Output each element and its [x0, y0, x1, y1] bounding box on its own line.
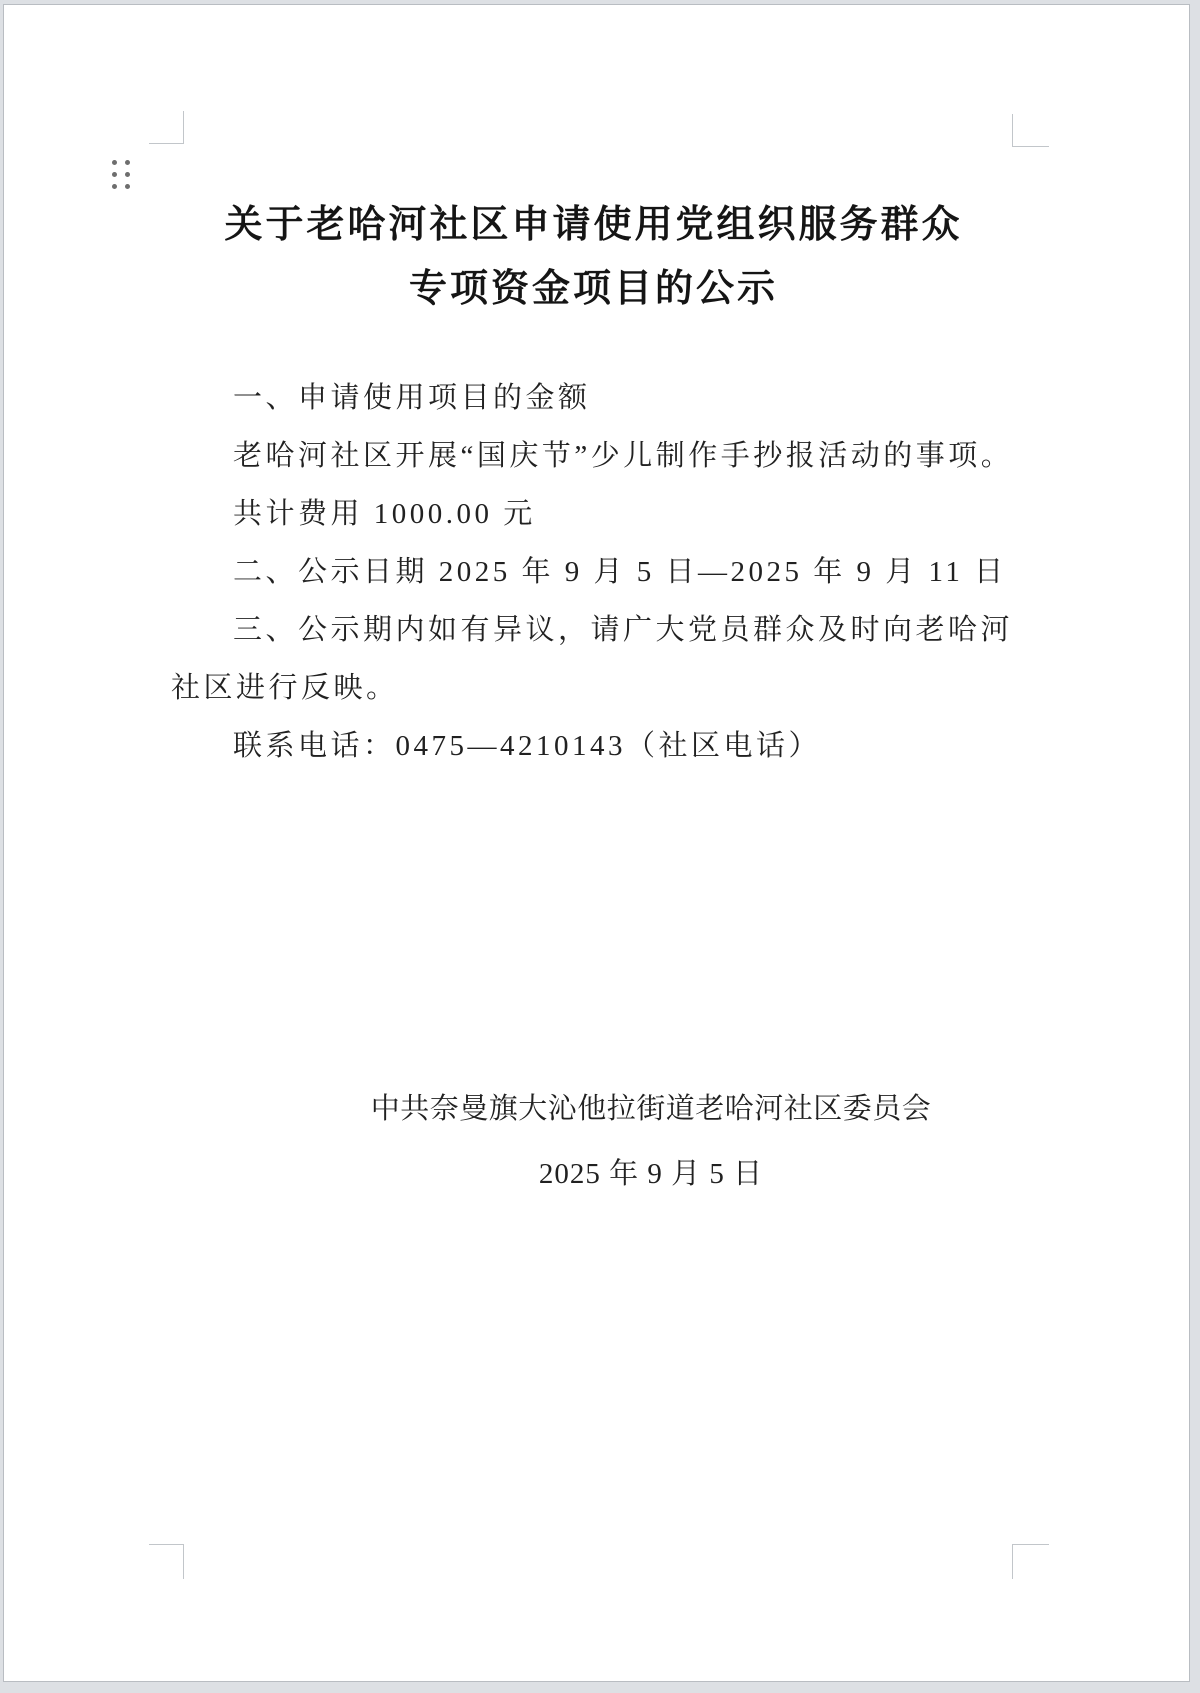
body-line-project-description: 老哈河社区开展“国庆节”少儿制作手抄报活动的事项。 [171, 427, 1019, 485]
document-viewport: 关于老哈河社区申请使用党组织服务群众 专项资金项目的公示 一、申请使用项目的金额… [0, 0, 1200, 1693]
body-line-amount-heading: 一、申请使用项目的金额 [171, 369, 1019, 427]
drag-handle-dot [125, 160, 130, 165]
margin-crop-mark-top-left [149, 111, 184, 144]
page-title-line-1: 关于老哈河社区申请使用党组织服务群众 [171, 193, 1016, 257]
drag-handle-dot [112, 160, 117, 165]
date-line: 2025 年 9 月 5 日 [237, 1145, 1065, 1203]
drag-handle-dot [125, 172, 130, 177]
drag-handle-dot [112, 184, 117, 189]
drag-handle-icon[interactable] [112, 160, 130, 189]
body-line-objection-notice-cont: 社区进行反映。 [171, 659, 1019, 717]
page-title: 关于老哈河社区申请使用党组织服务群众 专项资金项目的公示 [171, 193, 1016, 321]
drag-handle-dot [112, 172, 117, 177]
document-body: 一、申请使用项目的金额 老哈河社区开展“国庆节”少儿制作手抄报活动的事项。 共计… [171, 369, 1019, 775]
page-title-line-2: 专项资金项目的公示 [171, 257, 1016, 321]
margin-crop-mark-bottom-right [1012, 1544, 1049, 1579]
body-line-objection-notice: 三、公示期内如有异议，请广大党员群众及时向老哈河 [171, 601, 1019, 659]
margin-crop-mark-bottom-left [149, 1544, 184, 1579]
body-line-publicity-period: 二、公示日期 2025 年 9 月 5 日—2025 年 9 月 11 日 [171, 543, 1019, 601]
drag-handle-dot [125, 184, 130, 189]
document-page: 关于老哈河社区申请使用党组织服务群众 专项资金项目的公示 一、申请使用项目的金额… [3, 4, 1190, 1682]
margin-crop-mark-top-right [1012, 114, 1049, 147]
signature-line: 中共奈曼旗大沁他拉街道老哈河社区委员会 [237, 1080, 1065, 1138]
body-line-contact-phone: 联系电话：0475—4210143（社区电话） [171, 717, 1019, 775]
body-line-total-cost: 共计费用 1000.00 元 [171, 485, 1019, 543]
